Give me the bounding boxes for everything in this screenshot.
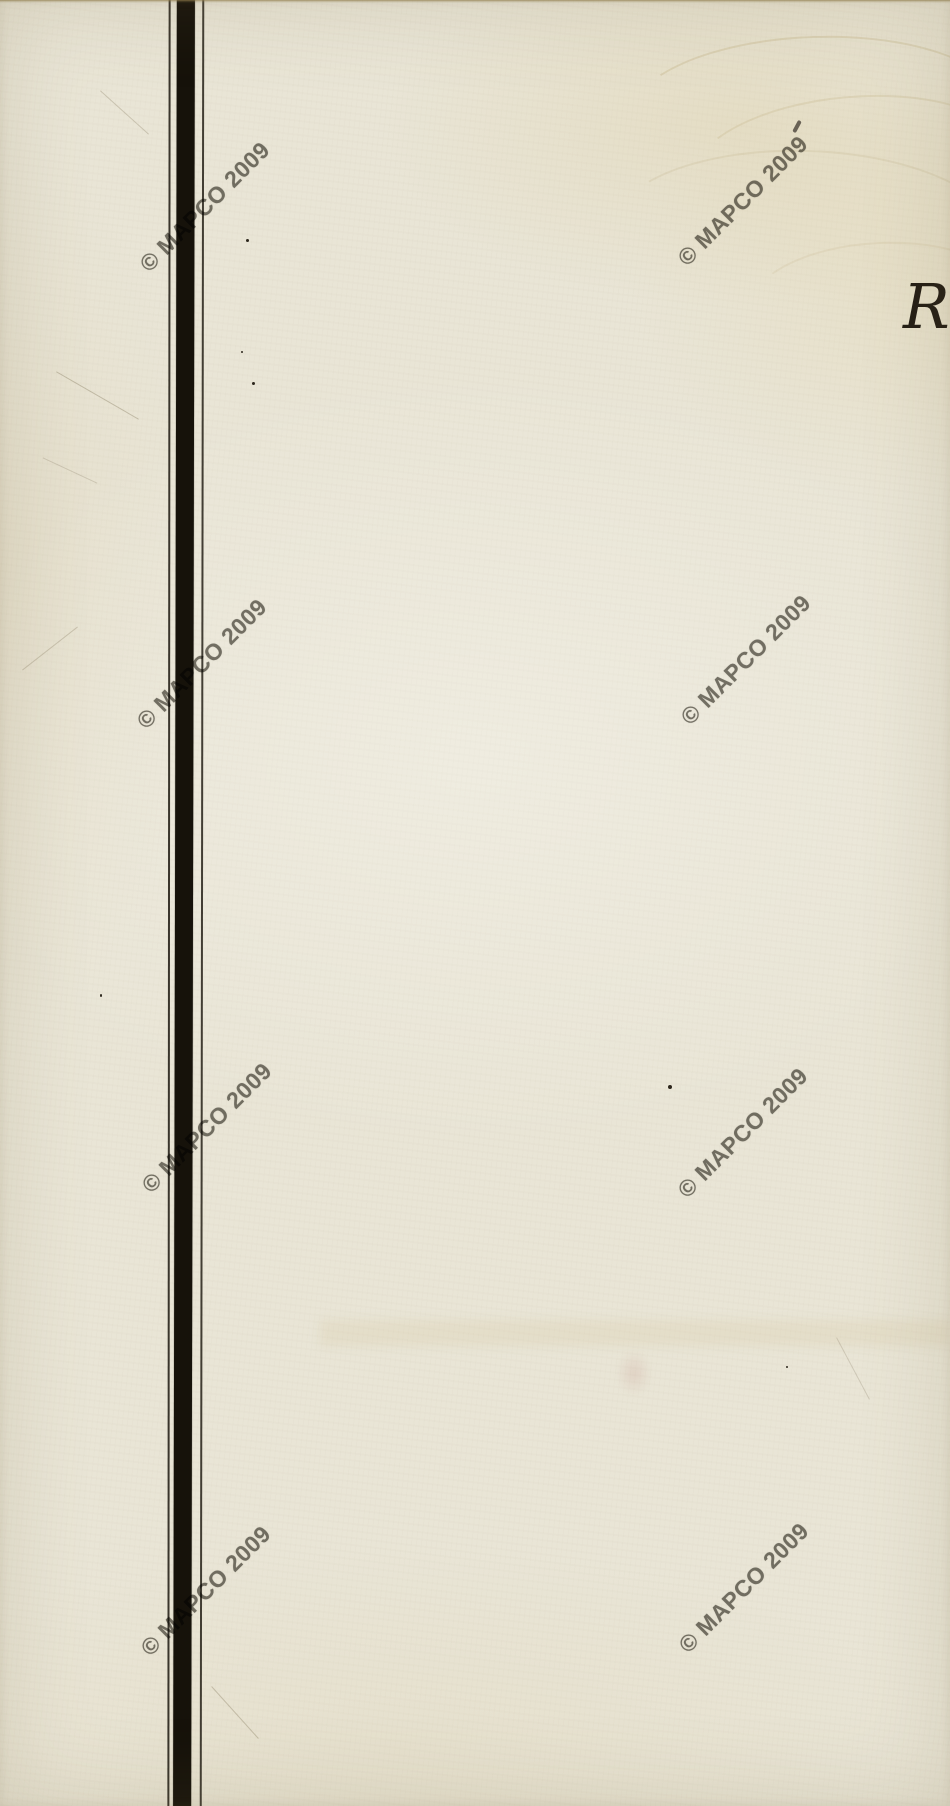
- map-border-inner-rule: [167, 0, 170, 1806]
- page-top-edge: [0, 0, 950, 3]
- scanned-map-sheet: R © MAPCO 2009 © MAPCO 2009 © MAPCO 2009…: [0, 0, 950, 1806]
- ink-speck: [241, 351, 243, 353]
- paper-stain: [320, 1320, 950, 1346]
- ink-speck: [252, 382, 255, 385]
- map-border-outer-rule: [200, 0, 205, 1806]
- paper-scratch: [211, 1686, 259, 1739]
- paper-stain: [616, 1350, 652, 1396]
- paper-scratch: [100, 90, 149, 134]
- engraved-letter-r: R: [903, 276, 950, 338]
- ink-speck: [786, 1366, 788, 1368]
- paper-scratch: [56, 371, 139, 419]
- mapco-watermark: © MAPCO 2009: [673, 1517, 814, 1658]
- mapco-watermark: © MAPCO 2009: [134, 136, 275, 277]
- paper-scratch: [43, 457, 98, 483]
- paper-scratch: [22, 627, 78, 671]
- ink-speck: [668, 1085, 672, 1089]
- mapco-watermark: © MAPCO 2009: [672, 1062, 813, 1203]
- paper-scratch: [836, 1337, 870, 1399]
- mapco-watermark: © MAPCO 2009: [135, 1520, 276, 1661]
- mapco-watermark: © MAPCO 2009: [136, 1057, 277, 1198]
- ink-speck: [246, 239, 249, 242]
- mapco-watermark: © MAPCO 2009: [675, 589, 816, 730]
- map-border-thick-line: [173, 0, 195, 1806]
- ink-speck: [100, 994, 102, 997]
